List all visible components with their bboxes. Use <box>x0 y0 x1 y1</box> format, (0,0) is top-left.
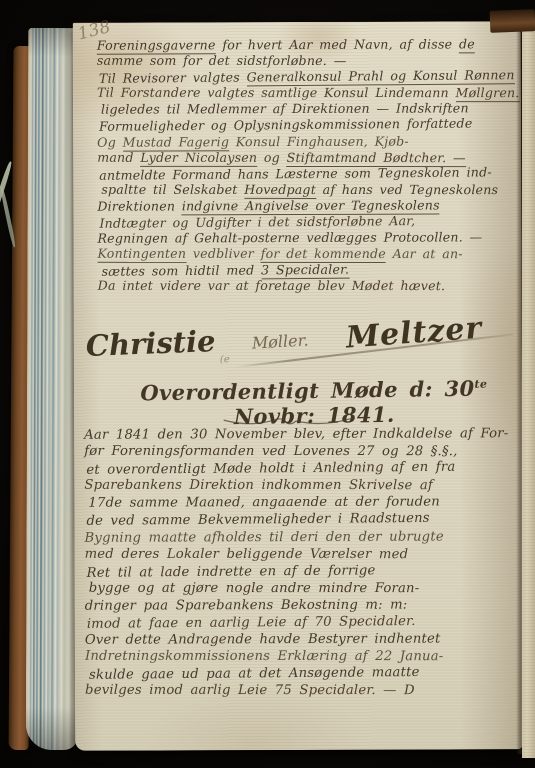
signature-christie: Christie <box>85 324 216 363</box>
manuscript-line: Og Mustad Fagerig Konsul Finghausen, Kjø… <box>97 133 513 151</box>
manuscript-line: Regningen af Gehalt-posterne vedlægges P… <box>97 229 513 247</box>
manuscript-page: 138 Foreningsgaverne for hvert Aar med N… <box>73 21 524 751</box>
page-edge-stack <box>26 28 81 750</box>
manuscript-line: med deres Lokaler beliggende Værelser me… <box>85 545 515 562</box>
signature-moller: Møller. <box>251 330 309 352</box>
minutes-paragraph-previous-meeting: Foreningsgaverne for hvert Aar med Navn,… <box>97 36 514 295</box>
signature-block: Christie Møller. (e Meltzer <box>74 311 522 383</box>
book-cover-corner <box>490 9 535 33</box>
meeting-heading-text: Overordentligt Møde d: 30 <box>140 376 475 406</box>
manuscript-line: Ret til at lade indrette en af de forrig… <box>87 561 515 582</box>
manuscript-line: Foreningsgaverne for hvert Aar med Navn,… <box>97 36 513 54</box>
manuscript-line: Da intet videre var at foretage blev Mød… <box>98 278 514 294</box>
manuscript-line: bygge og at gjøre nogle andre mindre For… <box>89 580 515 597</box>
manuscript-line: Bygning maatte afholdes til deri den der… <box>84 528 514 547</box>
meeting-heading-superscript: te <box>474 378 487 391</box>
manuscript-line: Sparebankens Direktion indkommen Skrivel… <box>84 477 514 494</box>
manuscript-scan: 138 Foreningsgaverne for hvert Aar med N… <box>0 0 535 768</box>
manuscript-line: Aar 1841 den 30 November blev, efter Ind… <box>84 425 514 444</box>
signature-meltzer: Meltzer <box>345 311 484 356</box>
adjacent-page-edge <box>522 26 535 758</box>
manuscript-line: Over dette Andragende havde Bestyrer ind… <box>85 630 515 649</box>
manuscript-line: antmeldte Formand hans Læsterne som Tegn… <box>99 164 513 184</box>
manuscript-line: mand Lyder Nicolaysen og Stiftamtmand Bø… <box>97 149 513 165</box>
ribbon-strand <box>0 186 16 247</box>
signature-mark: (e <box>220 354 230 365</box>
bookmark-ribbon <box>0 158 22 258</box>
minutes-paragraph-extraordinary-meeting: Aar 1841 den 30 November blev, efter Ind… <box>84 425 515 700</box>
manuscript-line: bevilges imod aarlig Leie 75 Specidaler.… <box>85 682 515 699</box>
manuscript-line: Til Forstandere valgtes samtlige Konsul … <box>97 85 513 101</box>
manuscript-line: spaltte til Selskabet Hovedpagt af hans … <box>101 182 513 198</box>
